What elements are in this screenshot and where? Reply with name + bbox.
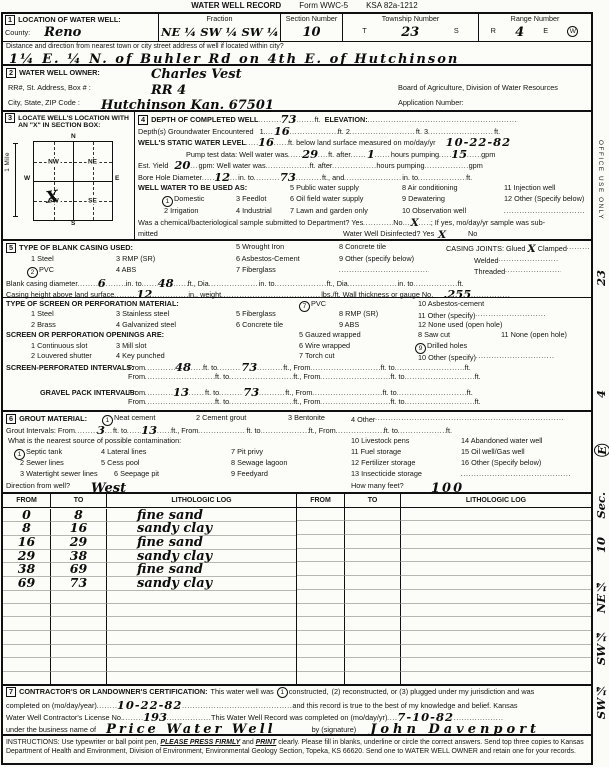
blank-dots: [219, 389, 243, 397]
empty-cell: [401, 576, 591, 590]
ft-from-label: ft., From: [283, 364, 310, 372]
screen-option-pvc-label: PVC: [311, 299, 326, 308]
contamination-livestock: 10 Livestock pens: [351, 437, 409, 445]
blank-dots: [320, 398, 390, 406]
empty-cell: [107, 658, 296, 672]
contamination-feedyard: 9 Feedyard: [231, 470, 268, 478]
after-label: ft. after: [310, 162, 333, 170]
threaded-group: Threaded: [474, 266, 561, 276]
empty-cell: [401, 645, 591, 659]
litho-log-header: LITHOLOGIC LOG: [107, 494, 296, 508]
empty-cell: [51, 590, 107, 604]
casing-option-abs: 4 ABS: [116, 266, 136, 274]
empty-cell: [297, 576, 345, 590]
certification-title: CONTRACTOR'S OR LANDOWNER'S CERTIFICATIO…: [19, 688, 207, 696]
ft-label: ft.: [446, 427, 452, 435]
se-quadrant-label: SE: [86, 197, 99, 204]
bore-hole-label: Bore Hole Diameter: [138, 174, 202, 182]
west-label: W: [24, 175, 30, 182]
ne-quadrant-label: NE: [86, 158, 99, 165]
form-title: WATER WELL RECORD: [191, 1, 281, 10]
contamination-fertilizer: 12 Fertilizer storage: [351, 459, 415, 467]
fraction-value: NE ¼ SW ¼ SW ¼: [161, 27, 279, 39]
disinfected-no-label: No: [468, 230, 477, 238]
address-value: RR 4: [151, 84, 186, 97]
litho-to-header: TO: [345, 494, 401, 508]
margin-note-township: 23: [594, 270, 608, 286]
blank-dots: [350, 128, 416, 136]
office-use-label: OFFICE USE ONLY: [597, 140, 604, 220]
blank-dots: [297, 116, 315, 124]
blank-dots: [397, 389, 467, 397]
blank-dots: [229, 373, 293, 381]
empty-cell: [51, 617, 107, 631]
empty-cell: [297, 658, 345, 672]
empty-cell: [107, 617, 296, 631]
empty-cell: [345, 645, 401, 659]
sample-tail: ; If yes, mo/day/yr sample was sub-: [431, 219, 545, 227]
board-label: Board of Agriculture, Division of Water …: [398, 84, 558, 92]
empty-cell: [107, 631, 296, 645]
usage-option-domestic-label: Domestic: [174, 194, 204, 203]
opening-option-torch: 7 Torch cut: [299, 352, 335, 360]
empty-cell: [345, 535, 401, 549]
ft-label: ft.: [465, 364, 471, 372]
hours-pumping-label: hours pumping: [376, 162, 424, 170]
empty-cell: [401, 617, 591, 631]
grout-option-other: 4 Other: [351, 414, 565, 424]
empty-cell: [345, 508, 401, 522]
section-location: 1LOCATION OF WATER WELL: County:Reno Fra…: [3, 14, 591, 64]
blank-dots: [189, 389, 205, 397]
range-cell: Range Number R4EW: [478, 14, 591, 41]
water-well-record-form: WATER WELL RECORDForm WWC-5KSA 82a-1212 …: [0, 0, 609, 767]
instructions-block: INSTRUCTIONS: Use typewriter or ball poi…: [3, 734, 591, 765]
cert-constructed: constructed,: [289, 688, 329, 696]
usage-title: WELL WATER TO BE USED AS:: [138, 184, 247, 192]
ft-dia-label: ft., Dia: [188, 280, 209, 288]
empty-cell: [345, 562, 401, 576]
contamination-lagoon: 8 Sewage lagoon: [231, 459, 287, 467]
litho-log: fine sand: [107, 563, 296, 577]
cert-license-label: Water Well Contractor's License No.: [6, 714, 123, 722]
empty-cell: [297, 590, 345, 604]
blank-dots: [499, 255, 559, 263]
cert-text-3: and this record is true to the best of m…: [292, 702, 517, 710]
contamination-seepage: 6 Seepage pit: [114, 470, 159, 478]
cert-record-date: 7-10-82: [397, 712, 454, 724]
margin-note-sec-label: Sec.: [594, 492, 608, 519]
section-1-number: 1: [5, 15, 15, 25]
ft-label: ft.: [466, 174, 472, 182]
section-4-number: 4: [138, 115, 148, 125]
blank-dots: [246, 139, 258, 147]
section-box-title: LOCATE WELL'S LOCATION WITH AN "X" IN SE…: [18, 115, 132, 130]
blank-dots: [230, 174, 238, 182]
owner-label: WATER WELL OWNER:: [19, 68, 100, 77]
empty-cell: [51, 631, 107, 645]
usage-option-industrial: 4 Industrial: [236, 207, 272, 215]
blank-dots: [198, 427, 246, 435]
lithologic-log-table: FROMTOLITHOLOGIC LOG 08fine sand 816sand…: [3, 492, 591, 684]
empty-cell: [297, 645, 345, 659]
blank-dots: [419, 219, 431, 227]
screen-intervals-label: SCREEN-PERFORATED INTERVALS:: [6, 364, 128, 372]
ft-to-label: ft. to: [215, 398, 229, 406]
blank-dots: [127, 427, 141, 435]
grout-title-group: 6GROUT MATERIAL:: [6, 414, 87, 424]
pump-test-label: Pump test data: Well water was: [186, 151, 288, 159]
blank-dots: [261, 427, 309, 435]
no-label: No: [393, 219, 402, 227]
casing-option-pvc-label: PVC: [39, 265, 54, 274]
margin-note-section: 10: [594, 537, 608, 553]
feet-label: How many feet?: [351, 482, 404, 490]
litho-to-header: TO: [51, 494, 107, 508]
ft-to-label: ft. to: [215, 373, 229, 381]
usage-option-injection: 11 Injection well: [504, 184, 555, 192]
section-box-diagram: NW NE SW SE X: [33, 141, 113, 221]
empty-cell: [401, 549, 591, 563]
instructions-and: and: [242, 739, 254, 746]
in-to-label: in. to: [238, 174, 254, 182]
screen-option-galvanized: 4 Galvanized steel: [116, 321, 176, 329]
contamination-fuel: 11 Fuel storage: [351, 448, 401, 456]
blank-dots: [78, 280, 98, 288]
blank-dots: [418, 174, 466, 182]
margin-note-east-circled: E: [594, 444, 609, 457]
one-mile-label: 1 Mile: [4, 152, 11, 172]
empty-cell: [297, 604, 345, 618]
grout-option-neat-label: Neat cement: [114, 413, 155, 422]
opening-option-wire: 6 Wire wrapped: [299, 342, 350, 350]
blank-dots: [318, 151, 328, 159]
empty-cell: [297, 521, 345, 535]
section-location-depth: 3LOCATE WELL'S LOCATION WITH AN "X" IN S…: [3, 110, 591, 239]
in-to-label: in. to: [402, 174, 418, 182]
instructions-emphasis-2: PRINT: [256, 739, 277, 746]
blank-dots: [351, 151, 367, 159]
contamination-question: What is the nearest source of possible c…: [8, 437, 181, 445]
owner-value: Charles Vest: [151, 68, 242, 81]
blank-dots: [344, 174, 402, 182]
hours-pumping-label: hours pumping: [391, 151, 439, 159]
casing-option-wrought: 5 Wrought Iron: [236, 243, 284, 251]
blank-dots: [312, 389, 382, 397]
casing-option-concrete: 8 Concrete tile: [339, 243, 386, 251]
est-yield-label: Est. Yield: [138, 162, 168, 170]
empty-cell: [401, 590, 591, 604]
form-number: Form WWC-5: [299, 1, 348, 10]
litho-log: fine sand: [107, 536, 296, 550]
grout-intervals-label: Grout Intervals: From: [6, 427, 75, 435]
range-prefix: R: [491, 27, 496, 35]
empty-cell: [297, 562, 345, 576]
blank-dots: [398, 427, 446, 435]
blank-dots: [145, 398, 215, 406]
section-casing: 5TYPE OF BLANK CASING USED:5 Wrought Iro…: [3, 239, 591, 297]
blank-dots: [339, 266, 429, 274]
in-to-label: in. to: [259, 280, 275, 288]
disinfected-question: Water Well Disinfected? Yes: [343, 230, 434, 238]
section-number-label: Section Number: [283, 15, 340, 23]
empty-cell: [107, 590, 296, 604]
usage-option-dewatering: 9 Dewatering: [402, 195, 445, 203]
empty-cell: [107, 604, 296, 618]
blank-dots: [504, 207, 584, 215]
blank-dots: [257, 364, 283, 372]
opening-option-key: 4 Key punched: [116, 352, 165, 360]
section-intervals: SCREEN-PERFORATED INTERVALS:From48ft. to…: [3, 360, 591, 410]
county-label: County:: [5, 29, 30, 37]
section-owner: 2WATER WELL OWNER:Charles Vest RR#, St. …: [3, 64, 591, 110]
distance-question: Distance and direction from nearest town…: [3, 42, 591, 52]
blank-dots: [425, 162, 469, 170]
contamination-watertight: 3 Watertight sewer lines: [20, 470, 98, 478]
empty-cell: [3, 658, 51, 672]
section-7-number: 7: [6, 687, 16, 697]
ft-from-label: ft., From: [309, 427, 336, 435]
form-header: WATER WELL RECORDForm WWC-5KSA 82a-1212: [0, 1, 609, 10]
section-box-cell: 3LOCATE WELL'S LOCATION WITH AN "X" IN S…: [3, 112, 135, 239]
south-label: S: [71, 220, 75, 227]
section-certification: 7CONTRACTOR'S OR LANDOWNER'S CERTIFICATI…: [3, 684, 591, 734]
ft-to-label: ft. to: [390, 373, 404, 381]
blank-dots: [387, 714, 397, 722]
depth-completed-label: DEPTH OF COMPLETED WELL: [151, 116, 258, 124]
clamped-label: Clamped: [538, 244, 567, 253]
blank-dots: [348, 280, 398, 288]
blank-dots: [254, 174, 280, 182]
blank-dots: [105, 427, 113, 435]
screen-option-asbestos: 10 Asbestos-cement: [418, 300, 484, 308]
gravel-interval-from: 13: [173, 387, 189, 399]
blank-dots: [476, 352, 554, 360]
section-2-number: 2: [6, 68, 16, 78]
empty-cell: [345, 521, 401, 535]
empty-cell: [345, 658, 401, 672]
range-value: 4: [515, 26, 524, 39]
opening-option-none: 11 None (open hole): [501, 331, 567, 339]
empty-cell: [297, 549, 345, 563]
dashed-line: [93, 142, 94, 220]
nw-quadrant-label: NW: [46, 158, 61, 165]
after-label: ft. after: [328, 151, 351, 159]
screen-option-stainless: 3 Stainless steel: [116, 310, 169, 318]
blank-dots: [475, 310, 545, 318]
one-mile-bar: [15, 143, 16, 217]
blank-dots: [288, 151, 302, 159]
litho-right-table: FROMTOLITHOLOGIC LOG: [297, 494, 591, 684]
in-to-label: in. to: [398, 280, 414, 288]
township-prefix: T: [362, 27, 366, 35]
blank-dots: [395, 364, 465, 372]
blank-dots: [274, 139, 288, 147]
blank-dots: [145, 364, 175, 372]
blank-dots: [454, 714, 504, 722]
casing-title-group: 5TYPE OF BLANK CASING USED:: [6, 243, 133, 253]
screen-option-fiberglass: 5 Fiberglass: [236, 310, 276, 318]
usage-option-other: 12 Other (Specify below): [504, 195, 584, 203]
contamination-sewer: 2 Sewer lines: [20, 459, 64, 467]
ft-to-label: ft. to: [246, 427, 260, 435]
location-grid: 1LOCATION OF WATER WELL: County:Reno Fra…: [3, 14, 591, 42]
blank-dots: [167, 714, 211, 722]
empty-cell: [51, 658, 107, 672]
opening-option-mill: 3 Mill slot: [116, 342, 146, 350]
empty-cell: [51, 604, 107, 618]
empty-cell: [345, 576, 401, 590]
section-1-title: LOCATION OF WATER WELL:: [18, 16, 121, 24]
elevation-label: ELEVATION:: [325, 116, 368, 124]
blank-dots: [182, 702, 292, 710]
blank-dots: [97, 702, 117, 710]
cert-business-value: Price Water Well: [106, 723, 276, 736]
from-label: From: [128, 389, 145, 397]
empty-cell: [297, 617, 345, 631]
cert-record-label: This Water Well Record was completed on …: [211, 714, 387, 722]
casing-option-fiberglass: 7 Fiberglass: [236, 266, 276, 274]
blank-dots: [405, 373, 475, 381]
groundwater-label: Depth(s) Groundwater Encountered: [138, 128, 254, 136]
screen-option-steel: 1 Steel: [31, 310, 54, 318]
contamination-pitprivy: 7 Pit privy: [231, 448, 263, 456]
blank-dots: [336, 427, 384, 435]
office-use-column: OFFICE USE ONLY 23 4 E Sec. 10 NE¼ SW¼ S…: [593, 12, 609, 765]
ft-from-label: ft., From: [171, 427, 198, 435]
blank-dots: [145, 373, 215, 381]
grout-option-other-label: 4 Other: [351, 415, 375, 424]
county-cell: 1LOCATION OF WATER WELL: County:Reno: [3, 14, 158, 41]
empty-cell: [345, 617, 401, 631]
screen-title: TYPE OF SCREEN OR PERFORATION MATERIAL:: [6, 300, 179, 308]
range-east: E: [543, 27, 548, 35]
contamination-cesspool: 5 Cess pool: [101, 459, 140, 467]
direction-label: Direction from well?: [6, 482, 70, 490]
township-value: 23: [401, 26, 419, 39]
section-6-number: 6: [6, 414, 16, 424]
cert-text-1: This water well was: [211, 688, 274, 696]
fraction-cell: Fraction NE ¼ SW ¼ SW ¼: [158, 14, 280, 41]
grout-option-cement: 2 Cement grout: [196, 414, 246, 422]
instructions-text-1: INSTRUCTIONS: Use typewriter or ball poi…: [6, 739, 158, 746]
cert-completed-label: completed on (mo/day/year): [6, 702, 97, 710]
cert-signature-label: by (signature): [312, 726, 357, 734]
gpm-label: gpm: [469, 162, 483, 170]
usage-option-oilfield: 6 Oil field water supply: [290, 195, 363, 203]
blank-dots: [191, 364, 203, 372]
groundwater-2-label: ft. 2: [338, 128, 350, 136]
blank-dots: [275, 280, 327, 288]
empty-cell: [401, 508, 591, 522]
screen-option-abs: 9 ABS: [339, 321, 359, 329]
from-label: From: [128, 373, 145, 381]
ft-label: ft.: [475, 398, 481, 406]
contamination-abandoned: 14 Abandoned water well: [461, 437, 543, 445]
empty-cell: [51, 645, 107, 659]
screen-option-rmp: 8 RMP (SR): [339, 310, 378, 318]
contamination-other: 16 Other (Specify below): [461, 459, 541, 467]
east-label: E: [115, 175, 119, 182]
gravel-intervals-label: GRAVEL PACK INTERVALS:: [6, 389, 128, 397]
litho-to: 73: [51, 577, 107, 591]
casing-diameter-label: Blank casing diameter: [6, 280, 78, 288]
from-label: From: [128, 364, 145, 372]
blank-dots: [375, 414, 565, 422]
blank-dots: [157, 427, 171, 435]
township-cell: Township Number T23S: [342, 14, 478, 41]
welded-label: Welded: [474, 256, 499, 265]
contamination-oilwell: 15 Oil well/Gas well: [461, 448, 525, 456]
empty-cell: [401, 658, 591, 672]
section-number-cell: Section Number 10: [280, 14, 342, 41]
ft-to-label: ft. to: [384, 427, 398, 435]
blank-dots: [202, 174, 214, 182]
ft-from-label: ft., From: [285, 389, 312, 397]
usage-option-lawn: 7 Lawn and garden only: [290, 207, 368, 215]
section-screen: TYPE OF SCREEN OR PERFORATION MATERIAL:7…: [3, 297, 591, 360]
section-5-number: 5: [6, 243, 16, 253]
empty-cell: [3, 590, 51, 604]
range-west-circled: W: [567, 26, 578, 37]
ft-to-label: ft. to: [390, 398, 404, 406]
depth-cell: 4DEPTH OF COMPLETED WELL73ft.ELEVATION: …: [135, 112, 591, 239]
usage-option-feedlot: 3 Feedlot: [236, 195, 266, 203]
section-3-number: 3: [5, 113, 15, 123]
empty-cell: [297, 508, 345, 522]
empty-cell: [345, 604, 401, 618]
openings-title: SCREEN OR PERFORATION OPENINGS ARE:: [6, 331, 164, 339]
application-number-label: Application Number:: [398, 99, 464, 107]
casing-option-asbestos: 6 Asbestos-Cement: [236, 255, 300, 263]
ft-from-label: ft., From: [293, 398, 320, 406]
cert-business-label: under the business name of: [6, 726, 96, 734]
ft-to-label: ft. to: [205, 389, 219, 397]
blank-dots: [217, 364, 241, 372]
empty-cell: [401, 521, 591, 535]
threaded-label: Threaded: [474, 267, 505, 276]
blank-dots: [259, 116, 281, 124]
empty-cell: [3, 631, 51, 645]
empty-cell: [3, 604, 51, 618]
range-label: Range Number: [481, 15, 589, 23]
blank-dots: [332, 162, 376, 170]
groundwater-3-label: ft. 3: [416, 128, 428, 136]
margin-note-range: 4: [594, 390, 608, 398]
blank-dots: [363, 219, 393, 227]
welded-group: Welded: [474, 255, 559, 265]
contamination-lateral: 4 Lateral lines: [101, 448, 146, 456]
usage-option-irrigation: 2 Irrigation: [164, 207, 198, 215]
blank-dots: [405, 398, 475, 406]
blank-dots: [368, 116, 518, 124]
county-value: Reno: [44, 26, 81, 39]
blank-dots: [123, 714, 143, 722]
margin-note-fraction-1: NE¼: [594, 580, 608, 613]
section-grout: 6GROUT MATERIAL:1Neat cement2 Cement gro…: [3, 410, 591, 492]
litho-log: sandy clay: [107, 522, 296, 536]
fraction-label: Fraction: [161, 15, 278, 23]
empty-cell: [401, 562, 591, 576]
township-suffix: S: [454, 27, 459, 35]
selected-circle: 1: [277, 687, 288, 698]
ft-to-label: ft. to: [382, 389, 396, 397]
opening-option-louvered: 2 Louvered shutter: [31, 352, 92, 360]
casing-option-other: 9 Other (specify below): [339, 255, 414, 263]
blank-dots: [174, 280, 188, 288]
usage-option-air: 8 Air conditioning: [402, 184, 458, 192]
empty-cell: [345, 590, 401, 604]
